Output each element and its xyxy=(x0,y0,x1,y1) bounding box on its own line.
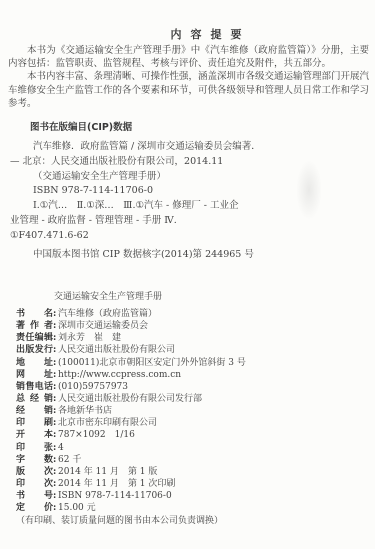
colophon-value: 深圳市交通运输委员会 xyxy=(58,318,367,331)
colophon-label: 网址 xyxy=(16,367,53,380)
cip-class-line-2: 业管理 - 政府监督 - 管理管理 - 手册 Ⅳ. xyxy=(10,214,365,229)
colophon-row-edition: 版次:2014 年 11 月 第 1 版 xyxy=(16,464,367,476)
colophon-value: (100011)北京市朝阳区安定门外外馆斜街 3 号 xyxy=(58,355,367,368)
colophon-row-word-count: 字数:62 千 xyxy=(16,452,367,464)
colophon-label: 销售电话 xyxy=(16,379,53,392)
cip-record-number: 中国版本图书馆 CIP 数据核字(2014)第 244965 号 xyxy=(10,248,365,263)
colophon-value: 62 千 xyxy=(58,452,367,465)
cip-class-line-3: ①F407.471.6-62 xyxy=(10,229,365,244)
colophon-label: 书名 xyxy=(16,306,53,319)
colophon-label: 定价 xyxy=(16,500,53,513)
colophon-value: 2014 年 11 月 第 1 次印刷 xyxy=(58,476,367,489)
colophon-label: 著作者 xyxy=(16,318,53,331)
colophon-row-website: 网址:http://www.ccpress.com.cn xyxy=(16,367,367,379)
colophon-row-editor: 责任编辑:刘永芳 崔 建 xyxy=(16,330,367,342)
colophon-row-printer: 印刷:北京市密东印刷有限公司 xyxy=(16,415,367,427)
copyright-page: 内容提要 本书为《交通运输安全生产管理手册》中《汽车维修（政府监管篇）》分册，主… xyxy=(0,0,375,549)
colophon-label: 版次 xyxy=(16,464,53,477)
content-summary-heading: 内容提要 xyxy=(0,26,375,42)
colophon-row-sheets: 印张:4 xyxy=(16,440,367,452)
cip-class-line-1: Ⅰ.①汽… Ⅱ.①深… Ⅲ.①汽车 - 修理厂 - 工业企 xyxy=(10,199,365,214)
colophon-row-title: 书名:汽车维修（政府监管篇） xyxy=(16,306,367,318)
colophon-row-distributor: 经销:各地新华书店 xyxy=(16,403,367,415)
colophon-row-address: 地址:(100011)北京市朝阳区安定门外外馆斜街 3 号 xyxy=(16,355,367,367)
colophon-label: 经销 xyxy=(16,403,53,416)
colophon-value: 人民交通出版社股份有限公司发行部 xyxy=(58,391,367,404)
quality-exchange-note: （有印刷、装订质量问题的图书由本公司负责调换） xyxy=(16,515,367,527)
colophon-label: 责任编辑 xyxy=(16,330,53,343)
colophon-value: 北京市密东印刷有限公司 xyxy=(58,415,367,428)
colophon-label: 出版发行 xyxy=(16,342,53,355)
colophon-row-printing: 印次:2014 年 11 月 第 1 次印刷 xyxy=(16,476,367,488)
colophon-series-title: 交通运输安全生产管理手册 xyxy=(54,291,367,303)
cip-isbn: ISBN 978-7-114-11706-0 xyxy=(10,184,365,199)
content-summary: 本书为《交通运输安全生产管理手册》中《汽车维修（政府监管篇）》分册，主要内容包括… xyxy=(8,44,369,110)
colophon-value: 汽车维修（政府监管篇） xyxy=(58,306,367,319)
colophon: 交通运输安全生产管理手册 书名:汽车维修（政府监管篇） 著作者:深圳市交通运输委… xyxy=(16,291,367,527)
cip-entry-line-1: 汽车维修．政府监管篇 / 深圳市交通运输委员会编著． xyxy=(10,140,365,155)
colophon-value: 2014 年 11 月 第 1 版 xyxy=(58,464,367,477)
colophon-label: 印张 xyxy=(16,440,53,453)
summary-paragraph-2: 本书内容丰富、条理清晰、可操作性强，涵盖深圳市各级交通运输管理部门开展汽车维修安… xyxy=(8,70,369,110)
colophon-value: http://www.ccpress.com.cn xyxy=(58,370,367,380)
colophon-label: 总经销 xyxy=(16,391,53,404)
colophon-row-sales-phone: 销售电话:(010)59757973 xyxy=(16,379,367,391)
colophon-row-publisher: 出版发行:人民交通出版社股份有限公司 xyxy=(16,342,367,354)
colophon-value: 各地新华书店 xyxy=(58,403,367,416)
colophon-row-price: 定价:15.00 元 xyxy=(16,500,367,512)
cip-entry-line-2: — 北京：人民交通出版社股份有限公司，2014.11 xyxy=(10,155,365,170)
colophon-label: 书号 xyxy=(16,488,53,501)
colophon-value: 15.00 元 xyxy=(58,500,367,513)
colophon-value: 刘永芳 崔 建 xyxy=(58,330,367,343)
colophon-label: 印刷 xyxy=(16,415,53,428)
summary-paragraph-1: 本书为《交通运输安全生产管理手册》中《汽车维修（政府监管篇）》分册，主要内容包括… xyxy=(8,44,369,70)
colophon-row-book-number: 书号:ISBN 978-7-114-11706-0 xyxy=(16,488,367,500)
colophon-value: 787×1092 1/16 xyxy=(58,427,367,440)
colophon-label: 开本 xyxy=(16,427,53,440)
colophon-row-format: 开本:787×1092 1/16 xyxy=(16,427,367,439)
cip-heading: 图书在版编目(CIP)数据 xyxy=(30,119,132,133)
colophon-value: 人民交通出版社股份有限公司 xyxy=(58,342,367,355)
colophon-label: 字数 xyxy=(16,452,53,465)
cip-series-note: （交通运输安全生产管理手册） xyxy=(10,170,365,185)
colophon-row-general-distributor: 总经销:人民交通出版社股份有限公司发行部 xyxy=(16,391,367,403)
colophon-label: 地址 xyxy=(16,355,53,368)
colophon-row-author: 著作者:深圳市交通运输委员会 xyxy=(16,318,367,330)
cip-block: 汽车维修．政府监管篇 / 深圳市交通运输委员会编著． — 北京：人民交通出版社股… xyxy=(10,140,365,262)
colophon-label: 印次 xyxy=(16,476,53,489)
